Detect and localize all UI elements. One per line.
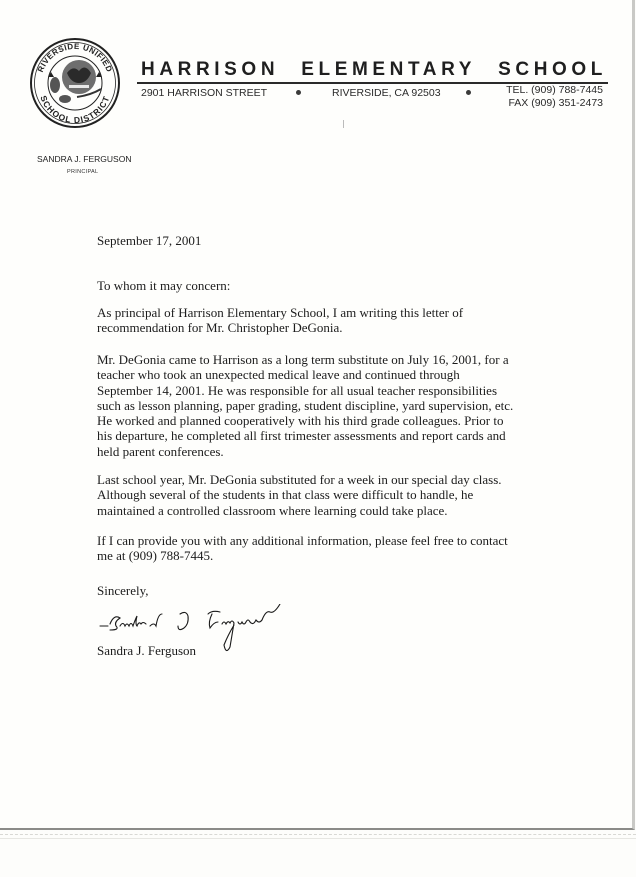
signer-name: Sandra J. Ferguson: [97, 643, 196, 658]
paragraph-line: Although several of the students in that…: [97, 487, 502, 502]
paragraph-intro: As principal of Harrison Elementary Scho…: [97, 305, 463, 336]
paragraph-line: September 14, 2001. He was responsible f…: [97, 383, 513, 398]
principal-title: PRINCIPAL: [67, 169, 98, 175]
school-name-word: HARRISON: [141, 59, 279, 81]
contact-info: TEL. (909) 788-7445 FAX (909) 351-2473: [506, 84, 603, 110]
school-name: HARRISON ELEMENTARY SCHOOL: [141, 59, 607, 81]
bullet-icon: [296, 90, 301, 95]
paragraph-line: teacher who took an unexpected medical l…: [97, 367, 513, 382]
street-address: 2901 HARRISON STREET: [141, 87, 267, 99]
school-district-seal-icon: RIVERSIDE UNIFIED SCHOOL DISTRICT: [29, 37, 121, 129]
closing: Sincerely,: [97, 583, 149, 598]
paragraph-line: held parent conferences.: [97, 444, 513, 459]
paragraph-contact: If I can provide you with any additional…: [97, 533, 508, 564]
paragraph-experience: Mr. DeGonia came to Harrison as a long t…: [97, 352, 513, 459]
fax: FAX (909) 351-2473: [506, 97, 603, 110]
paragraph-line: He worked and planned cooperatively with…: [97, 413, 513, 428]
paragraph-line: As principal of Harrison Elementary Scho…: [97, 305, 463, 320]
paragraph-special-day-class: Last school year, Mr. DeGonia substitute…: [97, 472, 502, 518]
paragraph-line: such as lesson planning, paper grading, …: [97, 398, 513, 413]
paragraph-line: his departure, he completed all first tr…: [97, 428, 513, 443]
school-name-word: ELEMENTARY: [301, 59, 476, 81]
scan-mark: [343, 120, 344, 128]
school-name-word: SCHOOL: [498, 59, 607, 81]
paragraph-line: Mr. DeGonia came to Harrison as a long t…: [97, 352, 513, 367]
paragraph-line: Last school year, Mr. DeGonia substitute…: [97, 472, 502, 487]
bullet-icon: [466, 90, 471, 95]
city-address: RIVERSIDE, CA 92503: [332, 87, 441, 99]
page-edge: [0, 834, 636, 839]
paragraph-line: If I can provide you with any additional…: [97, 533, 508, 548]
principal-name: SANDRA J. FERGUSON: [37, 154, 131, 164]
telephone: TEL. (909) 788-7445: [506, 84, 603, 97]
salutation: To whom it may concern:: [97, 278, 230, 293]
paragraph-line: me at (909) 788-7445.: [97, 548, 508, 563]
paragraph-line: maintained a controlled classroom where …: [97, 503, 502, 518]
letter-date: September 17, 2001: [97, 233, 201, 248]
letter-page: RIVERSIDE UNIFIED SCHOOL DISTRICT HARRIS…: [0, 0, 635, 830]
paragraph-line: recommendation for Mr. Christopher DeGon…: [97, 320, 463, 335]
